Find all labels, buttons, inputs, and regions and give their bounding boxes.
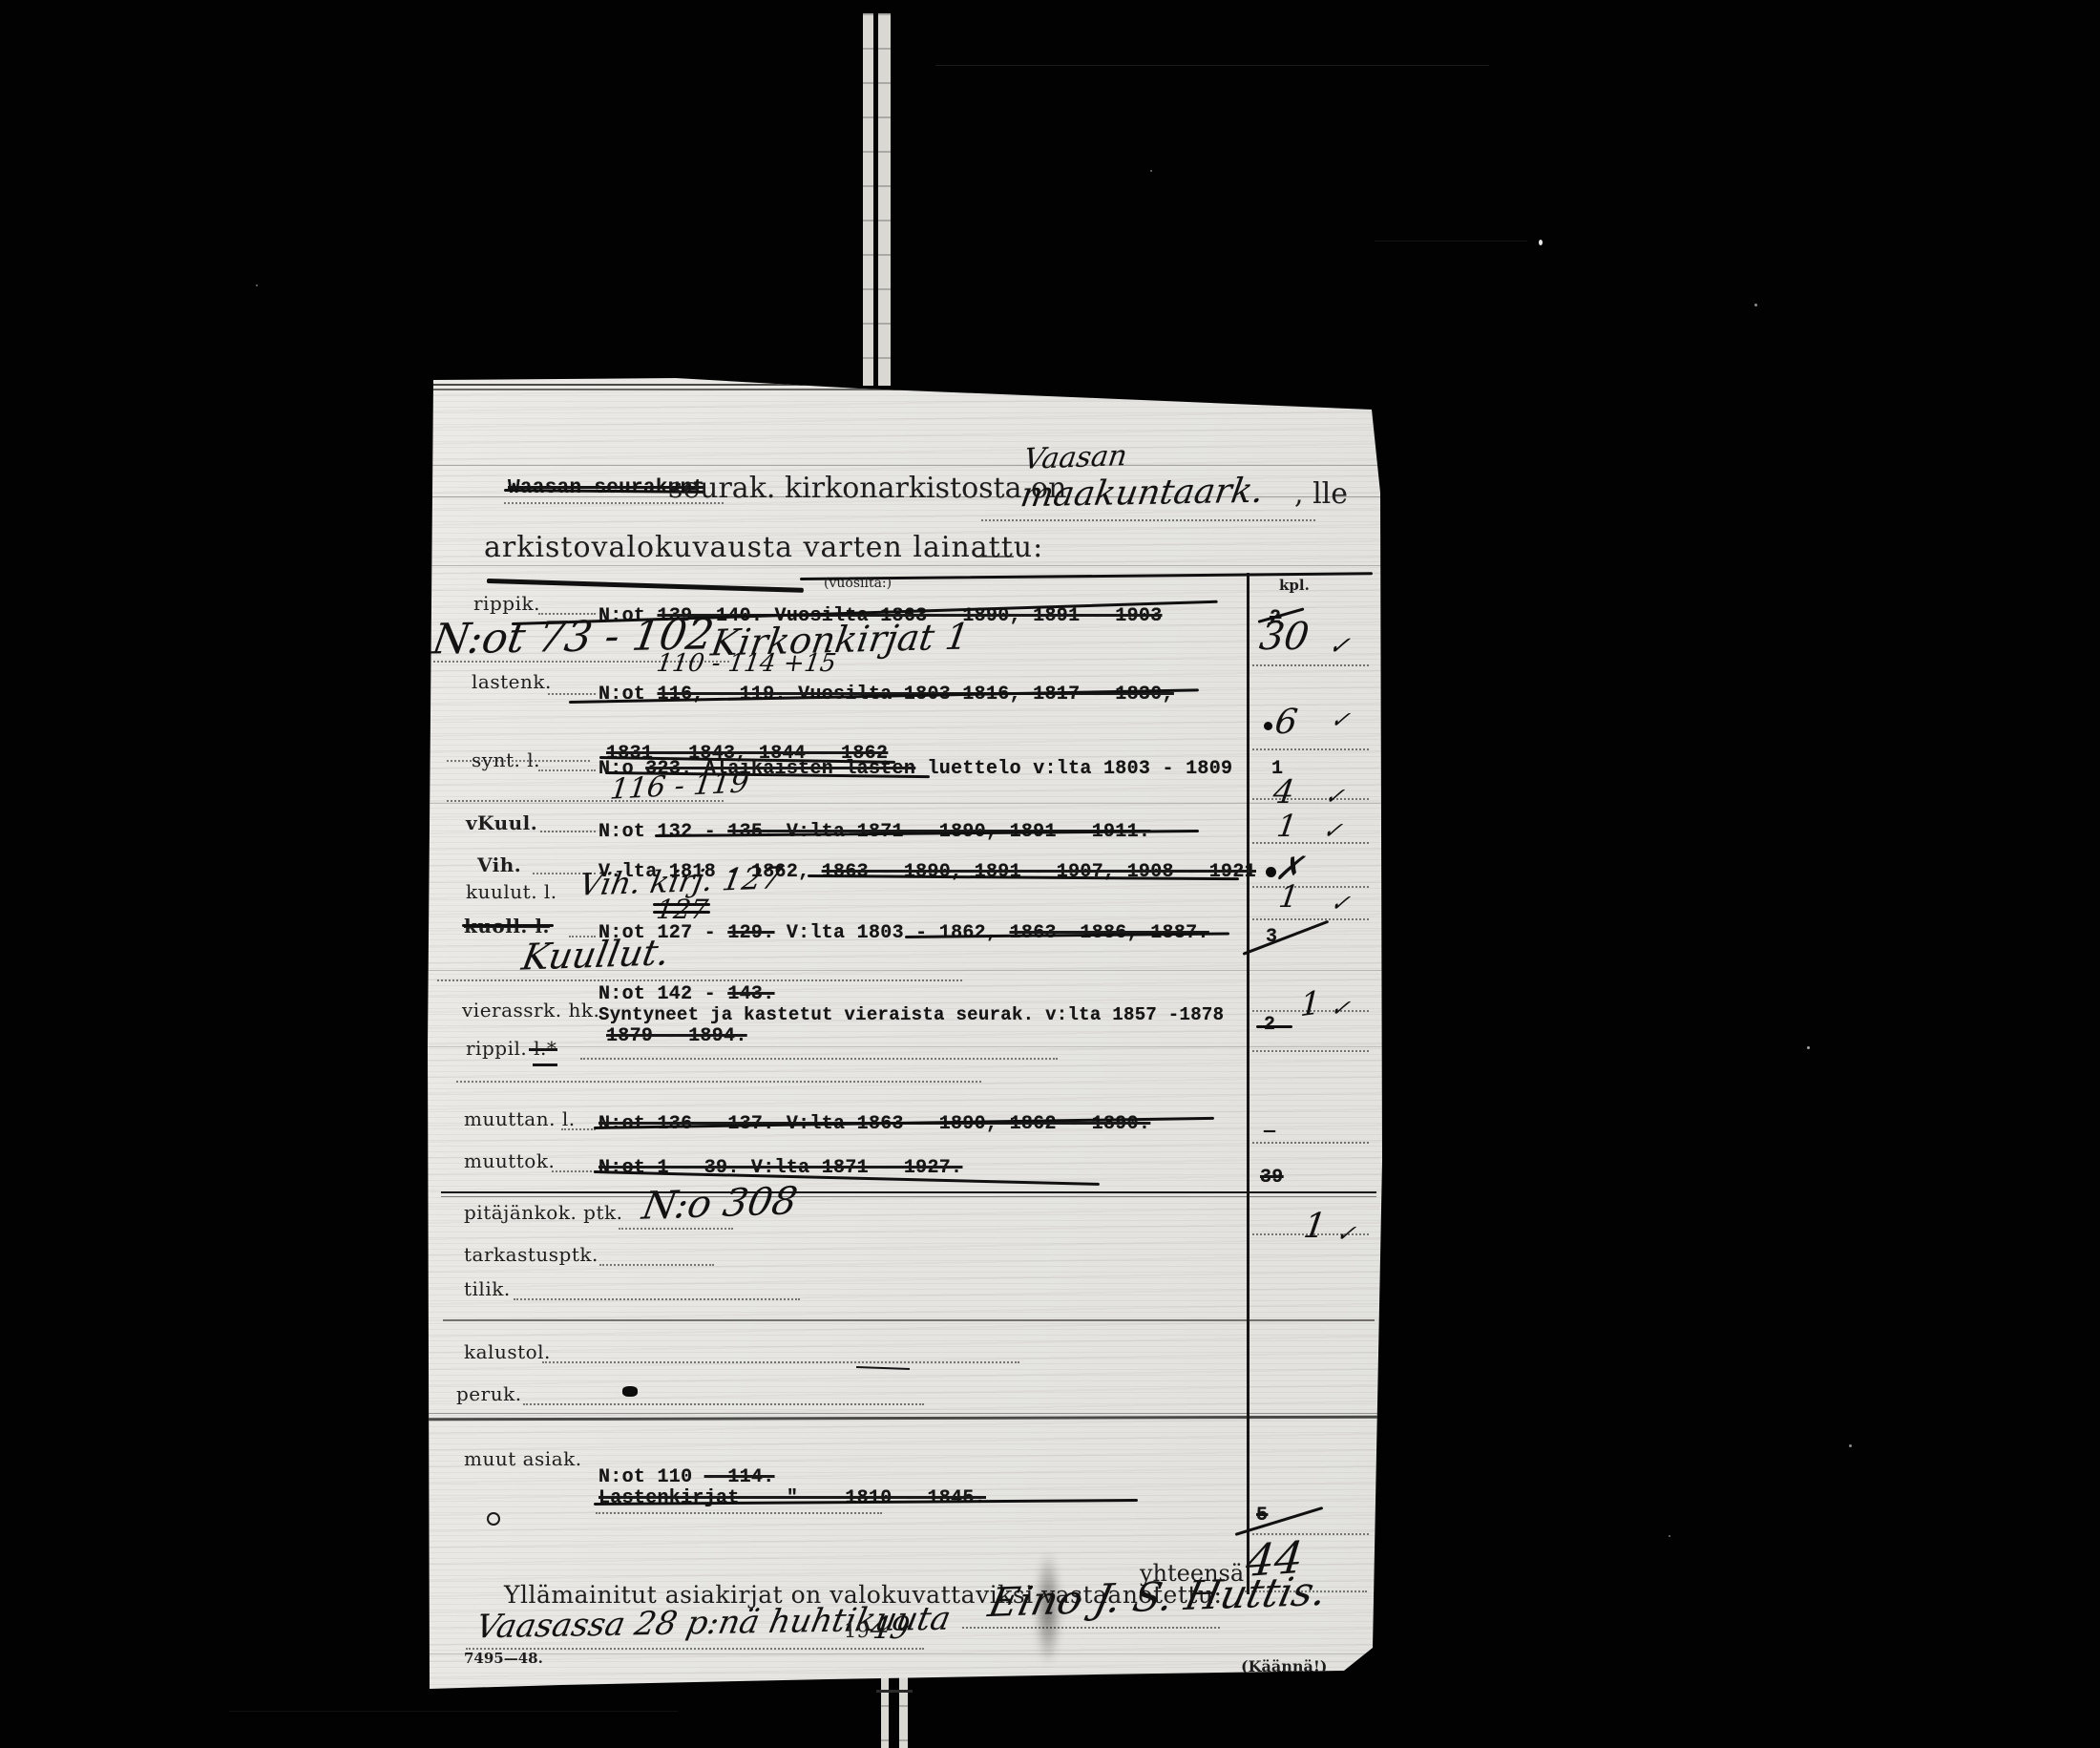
kpl-hand-kuulut: 1 <box>1276 878 1301 915</box>
dotted-leader <box>548 693 596 695</box>
count-column-divider <box>1247 573 1249 1594</box>
row-label-kuul: vKuul. <box>466 811 537 834</box>
film-smudge <box>1035 1550 1061 1667</box>
dotted-rule <box>619 1228 733 1230</box>
row-label-vierassrk: vierassrk. hk. <box>462 999 599 1021</box>
hand-dash <box>529 1048 557 1051</box>
handwritten-pitajankok: N:o 308 <box>639 1179 800 1229</box>
handwritten-kuullut: Kuullut. <box>519 931 673 978</box>
film-strip-top-left <box>863 13 873 386</box>
dotted-rule <box>596 1512 882 1514</box>
dotted-rule <box>981 519 1315 521</box>
dust-speck <box>1669 1535 1670 1537</box>
dotted-leader <box>1252 918 1369 920</box>
table-top-rule-heavy <box>487 579 804 593</box>
dotted-leader <box>1252 748 1369 750</box>
heavy-rule <box>428 1416 1380 1422</box>
scan-line <box>428 1046 1382 1047</box>
handwritten-above-kuoll: 127 <box>655 894 710 925</box>
dotted-leader <box>580 1058 1058 1060</box>
dotted-leader <box>1252 886 1369 888</box>
handwritten-above-lastenk: 110 - 114 +15 <box>655 649 838 678</box>
row-label-peruk: peruk. <box>456 1382 522 1405</box>
row-label-kuulut: kuulut. l. <box>466 880 557 903</box>
scan-line <box>428 565 1382 566</box>
dotted-leader <box>599 1264 714 1266</box>
printed-rule <box>441 1191 1376 1193</box>
dotted-rule <box>437 979 962 981</box>
film-scratch <box>1375 241 1527 242</box>
ink-blot <box>1264 722 1272 730</box>
pen-strike <box>462 924 554 927</box>
row-typed-muut-1: N:ot 110 - 114. <box>598 1466 775 1488</box>
scan-line <box>428 384 1382 386</box>
row-label-muut-asiak: muut asiak. <box>464 1447 582 1470</box>
row-label-tilik: tilik. <box>464 1277 511 1300</box>
row-label-synt: synt. l. <box>472 748 540 771</box>
film-strip-top-right <box>878 13 891 386</box>
kpl-hand-rippik: 30 <box>1257 615 1312 659</box>
kpl-typed-muuttok: 39 <box>1260 1167 1284 1189</box>
ink-circle-mark <box>487 1512 500 1526</box>
film-scratch <box>935 65 1489 66</box>
row-label-muuttan: muuttan. l. <box>464 1107 576 1130</box>
pen-strike <box>653 903 710 906</box>
heavy-rule <box>428 1413 1380 1414</box>
dotted-rule <box>962 1627 1220 1629</box>
dust-speck <box>1754 304 1757 306</box>
pen-strike <box>653 911 710 914</box>
row-typed-vierassrk: Syntyneet ja kastetut vieraista seurak. … <box>598 1004 1224 1025</box>
check-mark: ✓ <box>1326 632 1352 661</box>
row-label-tarkastusptk: tarkastusptk. <box>464 1243 598 1266</box>
film-strip-bottom-left <box>881 1671 889 1748</box>
dotted-leader <box>1252 1233 1369 1235</box>
row-typed-muut-2: Lastenkirjat " 1810 - 1845. <box>598 1487 986 1509</box>
row-label-pitajankok: pitäjänkok. ptk. <box>464 1201 622 1224</box>
dotted-leader <box>542 1361 1019 1363</box>
dotted-rule <box>456 1081 981 1083</box>
check-mark: ✓ <box>1321 817 1345 844</box>
printed-intro-text: seurak. kirkonarkistosta on <box>668 472 1066 505</box>
printed-lle-text: , lle <box>1294 477 1348 511</box>
dust-speck <box>1849 1444 1852 1447</box>
printed-rule <box>441 1196 1376 1197</box>
microfilm-scan: Waasan seurakunt seurak. kirkonarkistost… <box>0 0 2100 1748</box>
ink-blot <box>622 1386 638 1397</box>
short-dash <box>976 556 1014 558</box>
turn-note: (Käännä!) <box>1241 1657 1327 1675</box>
scan-line <box>428 1653 1382 1654</box>
hand-dash <box>533 1064 557 1066</box>
pen-strike <box>1243 920 1330 956</box>
check-mark: ✓ <box>1329 706 1353 733</box>
dotted-leader <box>552 1170 596 1172</box>
printed-header-line2: arkistovalokuvausta varten lainattu: <box>484 531 1043 564</box>
film-scratch <box>229 1711 678 1712</box>
check-mark: ✓ <box>1323 783 1347 810</box>
scan-line <box>428 465 1382 466</box>
dotted-leader <box>1252 1050 1369 1052</box>
check-mark: ✓ <box>1329 995 1353 1021</box>
row-label-muuttok: muuttok. <box>464 1149 555 1172</box>
dust-speck <box>1807 1046 1810 1049</box>
handwritten-year: 49 <box>868 1610 912 1646</box>
kpl-typed-muuttan: — <box>1264 1121 1275 1143</box>
dotted-leader <box>523 1403 924 1405</box>
dust-speck <box>1150 170 1152 172</box>
row-label-rippik: rippik. <box>473 592 540 615</box>
row-typed-vierassrk-2: 1879 - 1894. <box>606 1025 747 1047</box>
row-label-lastenk: lastenk. <box>472 670 552 693</box>
row-typed-142: N:ot 142 - 143. <box>598 983 775 1005</box>
kpl-hand-lastenk: 6 <box>1272 703 1300 742</box>
dotted-leader <box>1252 1010 1369 1012</box>
dotted-leader <box>561 1128 596 1130</box>
row-label-vih: Vih. <box>477 853 521 876</box>
dust-speck <box>1539 240 1543 245</box>
dotted-leader <box>514 1298 800 1300</box>
scan-line <box>428 803 1382 804</box>
kpl-hand-kuul: 1 <box>1274 808 1299 844</box>
handwritten-recipient: maakuntaark. <box>1018 472 1266 515</box>
dotted-leader <box>1252 664 1369 666</box>
kpl-hand-vierassrk: 1 <box>1299 984 1321 1025</box>
scan-line <box>428 389 1382 390</box>
dotted-leader <box>1252 1142 1369 1144</box>
row-label-kalustol: kalustol. <box>464 1340 551 1363</box>
dust-speck <box>256 284 258 286</box>
dotted-leader <box>1252 798 1369 800</box>
dotted-leader <box>540 831 596 832</box>
film-strip-splice-line <box>876 1690 913 1693</box>
dotted-rule <box>447 800 724 802</box>
check-mark: ✓ <box>1329 890 1353 916</box>
film-strip-bottom-right <box>899 1671 908 1748</box>
pen-strike <box>1256 1025 1292 1028</box>
count-column-header: kpl. <box>1279 577 1310 594</box>
years-column-header: (vuosilta:) <box>824 576 892 591</box>
form-number: 7495—48. <box>464 1650 543 1667</box>
kpl-hand-synt: 4 <box>1270 773 1296 811</box>
dotted-leader <box>1252 842 1369 844</box>
document-page: Waasan seurakunt seurak. kirkonarkistost… <box>428 378 1382 1690</box>
hand-dash <box>856 1366 910 1370</box>
handwritten-place-above: Vaasan <box>1021 439 1129 476</box>
printed-rule <box>443 1319 1375 1321</box>
dotted-leader <box>538 769 596 771</box>
kpl-hand-pitajankok: 1 <box>1301 1207 1329 1246</box>
printed-year-prefix: 19 <box>844 1619 870 1642</box>
